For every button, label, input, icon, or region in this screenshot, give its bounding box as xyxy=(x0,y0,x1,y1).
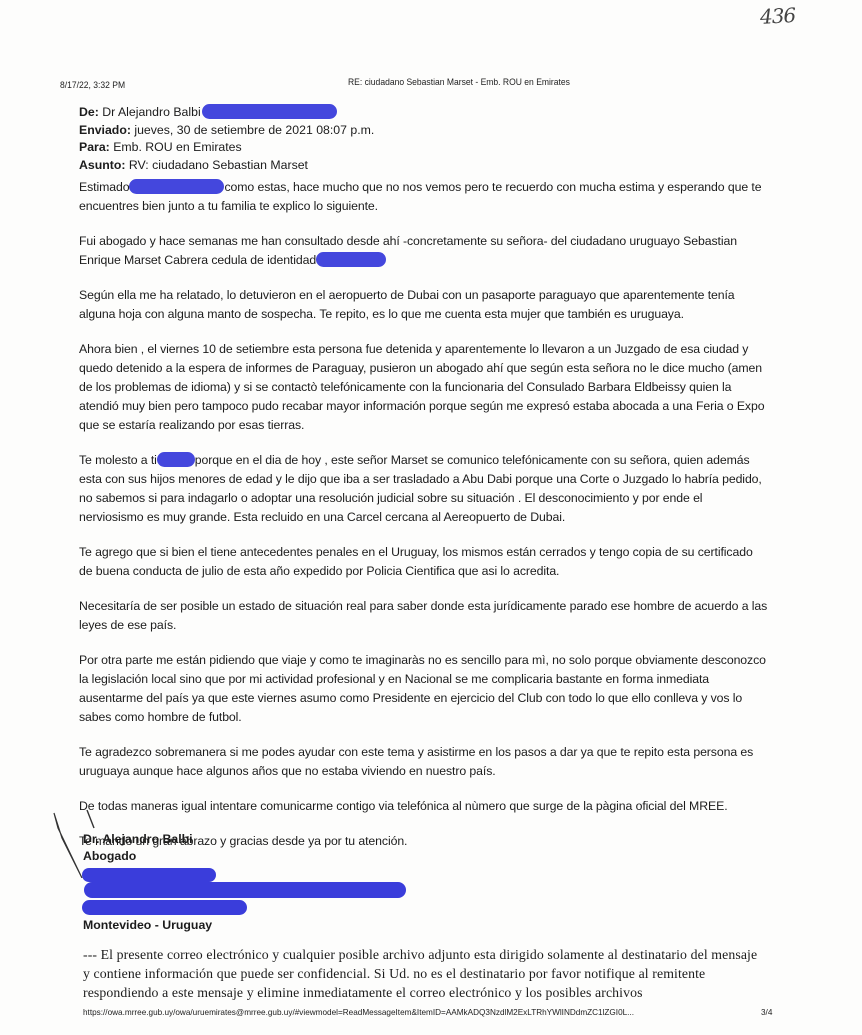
redaction-mark xyxy=(202,104,337,119)
sent-row: Enviado: jueves, 30 de setiembre de 2021… xyxy=(79,122,374,140)
sent-label: Enviado: xyxy=(79,123,131,137)
signature-name: Dr. Alejandro Balbi xyxy=(83,831,193,848)
redaction-mark xyxy=(316,252,386,267)
from-label: De: xyxy=(79,105,99,119)
print-title: RE: ciudadano Sebastian Marset - Emb. RO… xyxy=(348,77,570,88)
redaction-mark xyxy=(82,900,247,915)
signature-role: Abogado xyxy=(83,848,193,865)
redaction-mark xyxy=(129,179,224,194)
from-row: De: Dr Alejandro Balbi xyxy=(79,104,374,122)
paragraph: Te agrego que si bien el tiene anteceden… xyxy=(79,543,769,581)
paragraph: Ahora bien , el viernes 10 de setiembre … xyxy=(79,340,769,435)
paragraph: Por otra parte me están pidiendo que via… xyxy=(79,651,769,727)
signature-block: Dr. Alejandro Balbi Abogado xyxy=(83,831,193,865)
subject-row: Asunto: RV: ciudadano Sebastian Marset xyxy=(79,157,374,175)
paragraph: De todas maneras igual intentare comunic… xyxy=(79,797,769,816)
handwritten-page-number: 436 xyxy=(759,3,795,29)
to-row: Para: Emb. ROU en Emirates xyxy=(79,139,374,157)
paragraph: Te agradezco sobremanera si me podes ayu… xyxy=(79,743,769,781)
email-meta: De: Dr Alejandro Balbi Enviado: jueves, … xyxy=(79,104,374,174)
redaction-mark xyxy=(84,882,406,898)
confidentiality-disclaimer: --- El presente correo electrónico y cua… xyxy=(83,945,763,1002)
paragraph-text: Fui abogado y hace semanas me han consul… xyxy=(79,234,737,267)
paragraph: Fui abogado y hace semanas me han consul… xyxy=(79,232,769,270)
paragraph: Estimadocomo estas, hace mucho que no no… xyxy=(79,178,769,216)
paragraph: Según ella me ha relatado, lo detuvieron… xyxy=(79,286,769,324)
paragraph: Necesitaría de ser posible un estado de … xyxy=(79,597,769,635)
sent-value: jueves, 30 de setiembre de 2021 08:07 p.… xyxy=(134,123,374,137)
paragraph: Te molesto a tiporque en el dia de hoy ,… xyxy=(79,451,769,527)
print-footer: https://owa.mrree.gub.uy/owa/uruemirates… xyxy=(83,1008,783,1017)
to-value: Emb. ROU en Emirates xyxy=(113,140,241,154)
email-body: Estimadocomo estas, hace mucho que no no… xyxy=(79,178,769,867)
subject-value: RV: ciudadano Sebastian Marset xyxy=(129,158,308,172)
signature-city: Montevideo - Uruguay xyxy=(83,918,212,932)
print-date: 8/17/22, 3:32 PM xyxy=(60,80,125,91)
redaction-mark xyxy=(157,452,195,467)
redaction-mark xyxy=(82,868,216,882)
print-url: https://owa.mrree.gub.uy/owa/uruemirates… xyxy=(83,1008,634,1017)
subject-label: Asunto: xyxy=(79,158,125,172)
from-value: Dr Alejandro Balbi xyxy=(102,105,200,119)
to-label: Para: xyxy=(79,140,110,154)
greeting: Estimado xyxy=(79,180,129,194)
print-page-count: 3/4 xyxy=(761,1008,772,1017)
paragraph-text: Te molesto a ti xyxy=(79,453,157,467)
